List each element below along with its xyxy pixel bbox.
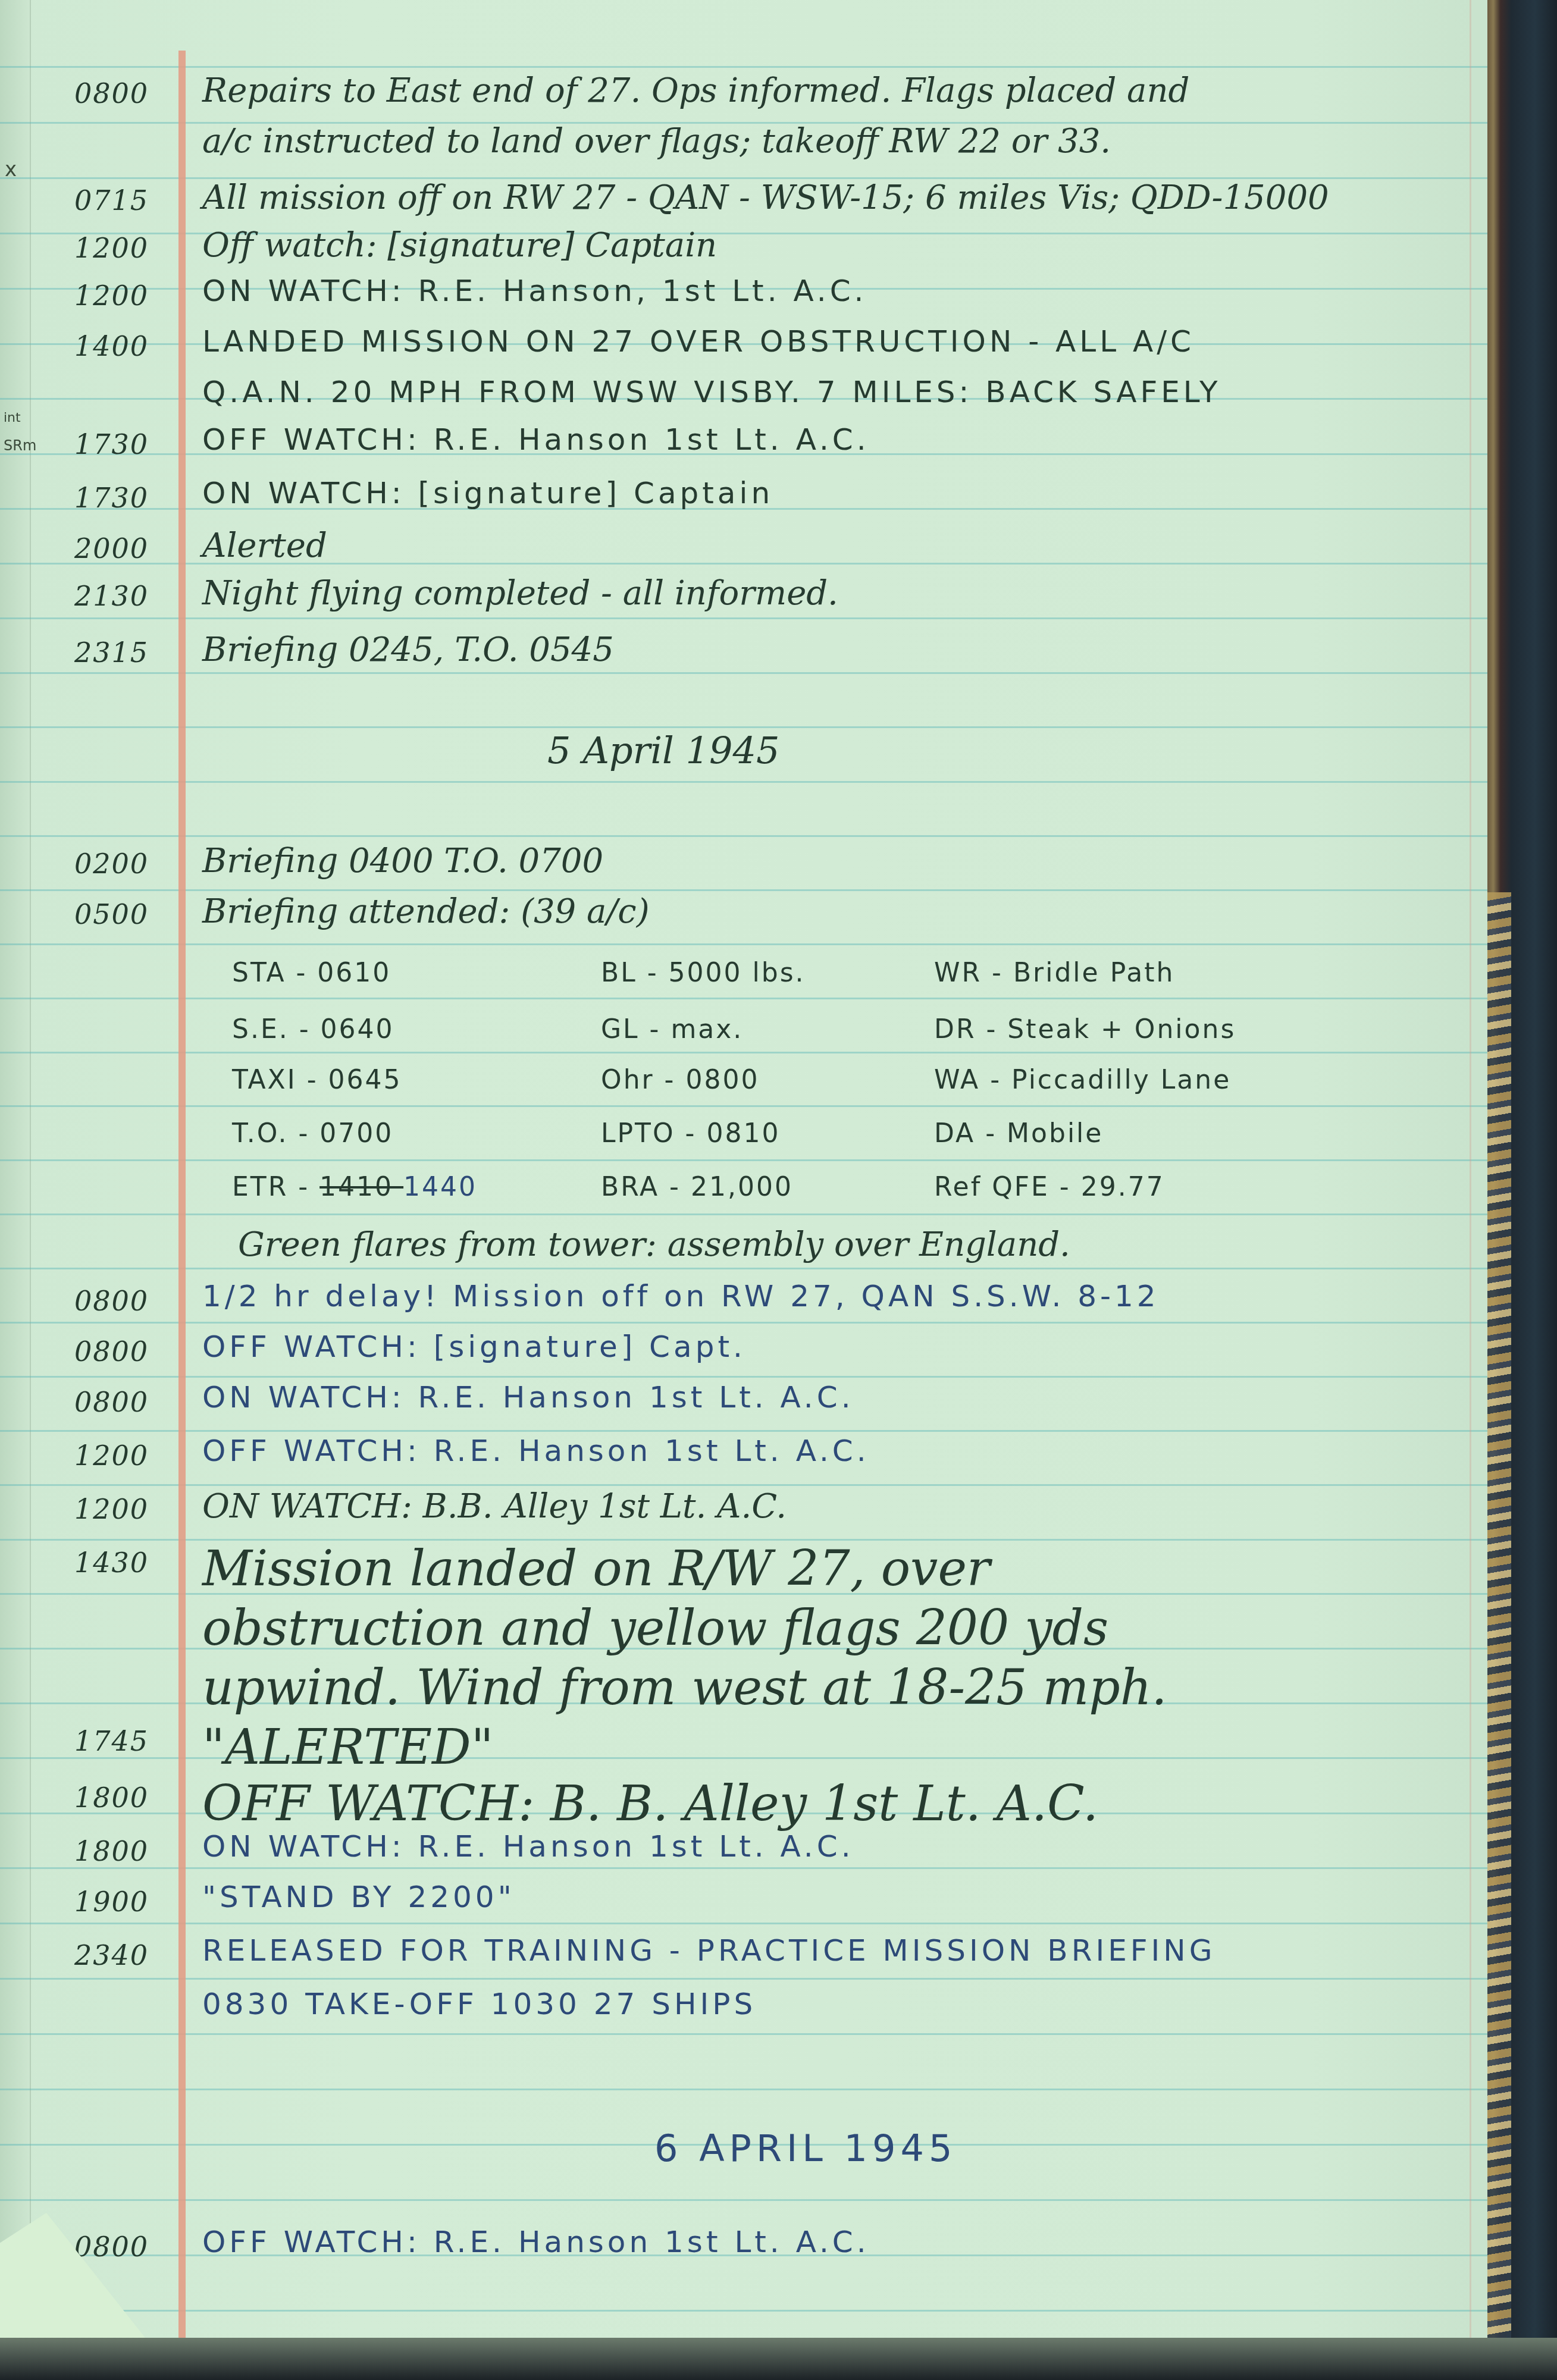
briefing-value: 21,000 — [691, 1172, 793, 1202]
entry-text: 1/2 hr delay! Mission off on RW 27, QAN … — [202, 1279, 1160, 1313]
entry-time: 1400 — [12, 330, 149, 362]
ruled-line — [0, 889, 1487, 891]
date-heading: 6 APRIL 1945 — [654, 2127, 957, 2170]
briefing-label: DR - — [934, 1014, 1007, 1045]
entry-text: Briefing attended: (39 a/c) — [202, 892, 650, 931]
entry-text: LANDED MISSION ON 27 OVER OBSTRUCTION - … — [202, 324, 1195, 359]
entry-time: 1200 — [12, 1493, 149, 1525]
briefing-value: 29.77 — [1081, 1172, 1165, 1202]
entry-text: Alerted — [202, 526, 327, 565]
entry-text: ON WATCH: R.E. Hanson 1st Lt. A.C. — [202, 1829, 854, 1864]
briefing-value: 0700 — [319, 1118, 393, 1149]
entry-text: ON WATCH: R.E. Hanson, 1st Lt. A.C. — [202, 274, 867, 308]
ruled-line — [0, 1052, 1487, 1053]
ruled-line — [0, 726, 1487, 728]
ruled-line — [0, 2089, 1487, 2090]
briefing-value: 0800 — [685, 1065, 759, 1095]
date-heading: 5 April 1945 — [547, 729, 779, 772]
marbled-page-edge — [1487, 892, 1511, 2380]
briefing-label: TAXI - — [232, 1065, 328, 1095]
briefing-cell: WA - Piccadilly Lane — [934, 1065, 1231, 1095]
briefing-cell: DR - Steak + Onions — [934, 1014, 1236, 1045]
entry-time: 0500 — [12, 898, 149, 930]
entry-time: 1745 — [12, 1725, 149, 1757]
ruled-line — [0, 2310, 1487, 2312]
entry-text: OFF WATCH: B. B. Alley 1st Lt. A.C. — [202, 1776, 1098, 1832]
briefing-label: Ohr - — [601, 1065, 685, 1095]
briefing-cell: Ref QFE - 29.77 — [934, 1172, 1165, 1202]
entry-text: RELEASED FOR TRAINING - PRACTICE MISSION… — [202, 1933, 1215, 1968]
ruled-line — [0, 1159, 1487, 1161]
entry-text: Repairs to East end of 27. Ops informed.… — [202, 71, 1189, 110]
briefing-label: STA - — [232, 958, 317, 988]
briefing-cell: WR - Bridle Path — [934, 958, 1174, 988]
entry-text: "ALERTED" — [202, 1719, 494, 1776]
entry-text: "STAND BY 2200" — [202, 1880, 515, 1914]
briefing-cell: BRA - 21,000 — [601, 1172, 793, 1202]
briefing-value: Piccadilly Lane — [1011, 1065, 1231, 1095]
log-book-page: x int SRm 0800Repairs to East end of 27.… — [0, 0, 1487, 2356]
entry-time: 0800 — [12, 1285, 149, 1317]
briefing-label: S.E. - — [232, 1014, 321, 1045]
ruled-line — [0, 2199, 1487, 2201]
entry-text: Briefing 0400 T.O. 0700 — [202, 842, 603, 880]
briefing-cell: BL - 5000 lbs. — [601, 958, 806, 988]
briefing-label: T.O. - — [232, 1118, 319, 1149]
ruled-line — [0, 66, 1487, 68]
ruled-line — [0, 1867, 1487, 1869]
ruled-line — [0, 998, 1487, 999]
entry-text: All mission off on RW 27 - QAN - WSW-15;… — [202, 178, 1329, 217]
briefing-value: Bridle Path — [1013, 958, 1174, 988]
ruled-line — [0, 617, 1487, 619]
briefing-cell: DA - Mobile — [934, 1118, 1103, 1149]
briefing-cell: TAXI - 0645 — [232, 1065, 402, 1095]
briefing-cell: S.E. - 0640 — [232, 1014, 394, 1045]
ruled-line — [0, 835, 1487, 837]
briefing-value: 0610 — [317, 958, 391, 988]
briefing-cell: T.O. - 0700 — [232, 1118, 393, 1149]
entry-time: 0800 — [12, 1335, 149, 1368]
briefing-cell: STA - 0610 — [232, 958, 391, 988]
briefing-label: WR - — [934, 958, 1013, 988]
briefing-value: 0640 — [321, 1014, 394, 1045]
left-page-mark: int — [4, 410, 21, 425]
ruled-line — [0, 2033, 1487, 2035]
entry-text: ON WATCH: [signature] Captain — [202, 476, 773, 510]
ruled-line — [0, 1268, 1487, 1269]
struck-value: 1410 — [319, 1172, 403, 1202]
briefing-label: LPTO - — [601, 1118, 706, 1149]
entry-time: 1730 — [12, 482, 149, 514]
briefing-value: Steak + Onions — [1007, 1014, 1236, 1045]
ruled-line — [0, 1430, 1487, 1432]
briefing-value: max. — [671, 1014, 743, 1045]
briefing-cell: GL - max. — [601, 1014, 743, 1045]
entry-text: Green flares from tower: assembly over E… — [238, 1225, 1070, 1264]
entry-text: 0830 TAKE-OFF 1030 27 SHIPS — [202, 1987, 756, 2021]
entry-text: OFF WATCH: R.E. Hanson 1st Lt. A.C. — [202, 422, 870, 457]
entry-text: ON WATCH: B.B. Alley 1st Lt. A.C. — [202, 1487, 787, 1526]
right-margin-line — [1470, 0, 1471, 2356]
entry-text: ON WATCH: R.E. Hanson 1st Lt. A.C. — [202, 1380, 854, 1415]
ruled-line — [0, 672, 1487, 674]
briefing-cell: ETR - 1410 1440 — [232, 1172, 477, 1202]
briefing-value: 0810 — [706, 1118, 780, 1149]
briefing-label: DA - — [934, 1118, 1007, 1149]
left-page-mark: x — [5, 158, 17, 181]
entry-time: 1200 — [12, 280, 149, 312]
margin-line — [178, 51, 186, 2356]
entry-time: 2340 — [12, 1939, 149, 1971]
entry-time: 1430 — [12, 1547, 149, 1579]
briefing-label: ETR - — [232, 1172, 319, 1202]
ruled-line — [0, 1213, 1487, 1215]
ruled-line — [0, 1978, 1487, 1980]
entry-time: 1800 — [12, 1835, 149, 1867]
entry-time: 2130 — [12, 580, 149, 612]
ruled-line — [0, 1923, 1487, 1924]
entry-time: 0200 — [12, 848, 149, 880]
ruled-line — [0, 1322, 1487, 1324]
ruled-line — [0, 1105, 1487, 1107]
book-bottom-shadow — [0, 2338, 1557, 2380]
entry-time: 2315 — [12, 636, 149, 669]
briefing-value: 1440 — [403, 1172, 477, 1202]
briefing-label: BL - — [601, 958, 669, 988]
ruled-line — [0, 943, 1487, 945]
entry-text: a/c instructed to land over flags; takeo… — [202, 122, 1111, 161]
entry-text: Briefing 0245, T.O. 0545 — [202, 631, 614, 669]
entry-text: Mission landed on R/W 27, over — [202, 1541, 990, 1597]
briefing-label: BRA - — [601, 1172, 691, 1202]
ruled-line — [0, 1376, 1487, 1378]
entry-text: upwind. Wind from west at 18-25 mph. — [202, 1660, 1167, 1716]
briefing-label: Ref QFE - — [934, 1172, 1081, 1202]
entry-text: Off watch: [signature] Captain — [202, 226, 717, 265]
entry-time: 2000 — [12, 532, 149, 565]
briefing-value: Mobile — [1007, 1118, 1103, 1149]
entry-text: OFF WATCH: [signature] Capt. — [202, 1329, 746, 1364]
ruled-line — [0, 1484, 1487, 1486]
entry-text: OFF WATCH: R.E. Hanson 1st Lt. A.C. — [202, 1434, 870, 1468]
entry-time: 0800 — [12, 1386, 149, 1418]
entry-time: 1200 — [12, 232, 149, 264]
briefing-cell: Ohr - 0800 — [601, 1065, 759, 1095]
entry-time: 1800 — [12, 1782, 149, 1814]
entry-text: Night flying completed - all informed. — [202, 574, 838, 613]
briefing-cell: LPTO - 0810 — [601, 1118, 780, 1149]
briefing-value: 5000 lbs. — [669, 958, 806, 988]
entry-time: 1900 — [12, 1886, 149, 1918]
entry-time: 0800 — [12, 77, 149, 109]
entry-time: 1200 — [12, 1440, 149, 1472]
entry-text: OFF WATCH: R.E. Hanson 1st Lt. A.C. — [202, 2225, 870, 2259]
ruled-line — [0, 781, 1487, 783]
entry-text: obstruction and yellow flags 200 yds — [202, 1600, 1108, 1657]
entry-time: 1730 — [12, 428, 149, 460]
briefing-value: 0645 — [328, 1065, 402, 1095]
briefing-label: WA - — [934, 1065, 1011, 1095]
entry-time: 0715 — [12, 184, 149, 217]
entry-text: Q.A.N. 20 MPH FROM WSW VISBY. 7 MILES: B… — [202, 375, 1221, 409]
briefing-label: GL - — [601, 1014, 671, 1045]
